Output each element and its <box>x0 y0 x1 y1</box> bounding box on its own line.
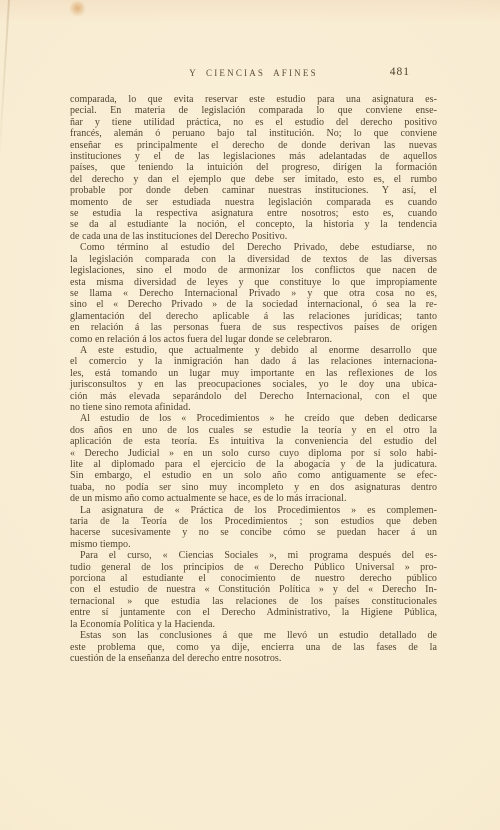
text-line: taria de la Teoría de los Procedimientos… <box>70 516 437 527</box>
text-line: comparada, lo que evita reservar este es… <box>70 94 437 105</box>
text-line: instituciones y el de las legislaciones … <box>70 151 437 162</box>
text-line: Al estudio de los « Procedimientos » he … <box>70 413 437 424</box>
scan-crease <box>0 0 10 169</box>
text-line: cuestión de la enseñanza del derecho ent… <box>70 653 437 664</box>
text-line: hacerse sucesivamente y no se concibe có… <box>70 527 437 538</box>
book-page: Y CIENCIAS AFINES 481 comparada, lo que … <box>0 0 500 830</box>
text-line: ción más elevada separándolo del Derecho… <box>70 391 437 402</box>
text-line: de cada una de las instituciones del Der… <box>70 231 437 242</box>
running-header: Y CIENCIAS AFINES 481 <box>70 68 437 82</box>
text-line: la legislación comparada con la diversid… <box>70 254 437 265</box>
text-line: ternacional » que estudia las relaciones… <box>70 596 437 607</box>
text-line: Para el curso, « Ciencias Sociales », mi… <box>70 550 437 561</box>
text-line: A este estudio, que actualmente y debido… <box>70 345 437 356</box>
text-line: tuaba, no podía ser sino muy incompleto … <box>70 482 437 493</box>
text-line: La asignatura de « Práctica de los Proce… <box>70 505 437 516</box>
text-line: Estas son las conclusiones á que me llev… <box>70 630 437 641</box>
text-line: esta misma diversidad de leyes y que con… <box>70 277 437 288</box>
text-line: probable por donde deben caminar nuestra… <box>70 185 437 196</box>
paper-stain <box>70 1 85 17</box>
text-line: la Economía Política y la Hacienda. <box>70 619 437 630</box>
text-line: porciona al estudiante el conocimiento d… <box>70 573 437 584</box>
header-title: Y CIENCIAS AFINES <box>70 68 437 78</box>
text-line: momento de ser estudiada nuestra legisla… <box>70 197 437 208</box>
text-line: países, que teniendo la intuición del pr… <box>70 162 437 173</box>
text-line: Sin embargo, el estudio en un solo año c… <box>70 470 437 481</box>
text-line: en relación á las personas fuera de sus … <box>70 322 437 333</box>
text-line: el comercio y la inmigración han dado á … <box>70 356 437 367</box>
text-line: se estudia la respectiva asignatura entr… <box>70 208 437 219</box>
text-line: dos años en uno de los cuales se estudie… <box>70 425 437 436</box>
text-line: Como término al estudio del Derecho Priv… <box>70 242 437 253</box>
text-line: mismo tiempo. <box>70 539 437 550</box>
text-line: les, está tomando un lugar muy important… <box>70 368 437 379</box>
text-line: jurisconsultos y en las preocupaciones s… <box>70 379 437 390</box>
text-line: legislaciones, sino el modo de armonizar… <box>70 265 437 276</box>
page-text: comparada, lo que evita reservar este es… <box>70 94 437 664</box>
text-line: de un mismo año como actualmente se hace… <box>70 493 437 504</box>
text-line: francés, alemán ó peruano bajo tal insti… <box>70 128 437 139</box>
text-line: del derecho y dan el ejemplo que debe se… <box>70 174 437 185</box>
text-line: aplicación de esta teoría. Es intuitiva … <box>70 436 437 447</box>
text-line: glamentación del derecho aplicable á las… <box>70 311 437 322</box>
page-number: 481 <box>390 66 410 78</box>
text-line: se da al estudiante la noción, el concep… <box>70 219 437 230</box>
text-line: entre sí juntamente con el Derecho Admin… <box>70 607 437 618</box>
text-line: sino el « Derecho Privado » de la socied… <box>70 299 437 310</box>
text-line: enseñar es principalmente el derecho de … <box>70 140 437 151</box>
text-line: pecial. En materia de legislación compar… <box>70 105 437 116</box>
text-line: como en relación á los actos fuera del l… <box>70 334 437 345</box>
text-line: se llama « Derecho Internacional Privado… <box>70 288 437 299</box>
text-line: ñar y tiene utilidad práctica, no es el … <box>70 117 437 128</box>
text-line: « Derecho Judicial » en un solo curso cu… <box>70 448 437 459</box>
text-line: lite al diplomado para el ejercicio de l… <box>70 459 437 470</box>
text-line: tudio general de los principios de « Der… <box>70 562 437 573</box>
text-line: este problema que, como ya dije, encierr… <box>70 642 437 653</box>
text-line: no tiene sino remota afinidad. <box>70 402 437 413</box>
text-line: con el estudio de nuestra « Constitución… <box>70 584 437 595</box>
